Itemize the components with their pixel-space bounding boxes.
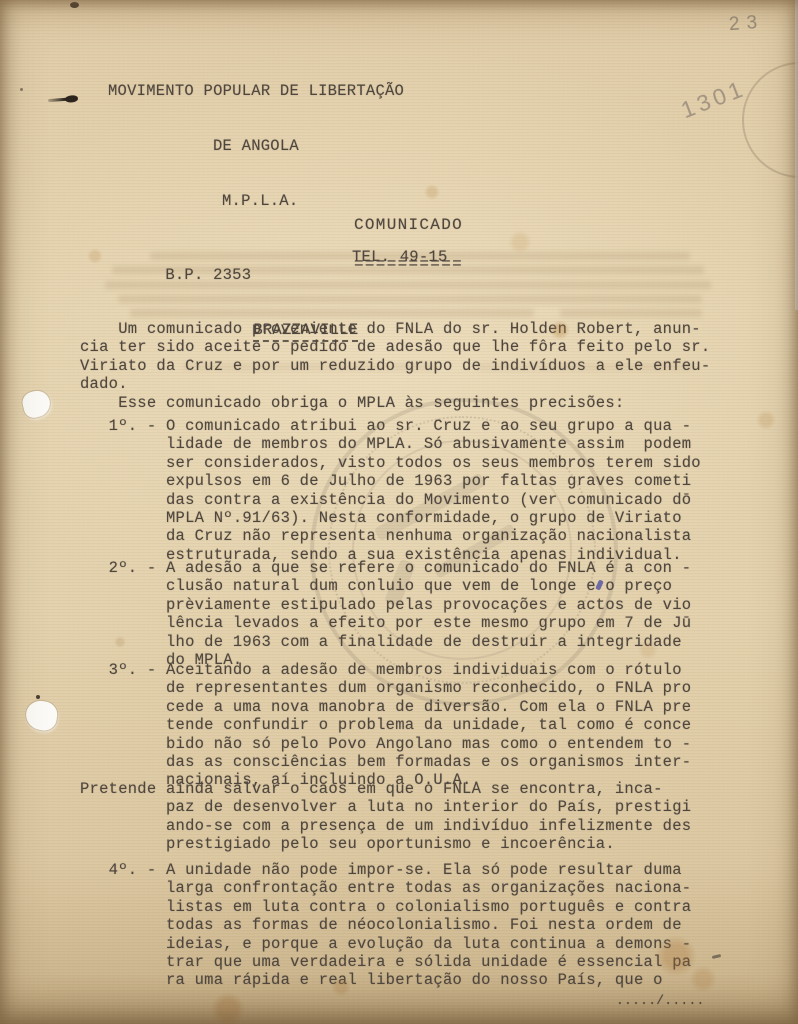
po-box: B.P. 2353: [165, 266, 251, 284]
paragraph-pretende: Pretende ainda salvar o caos em que o FN…: [80, 780, 785, 854]
ink-speck: [70, 2, 79, 8]
paragraph-intro: Um comunicado proveniente do FNLA do sr.…: [80, 320, 785, 412]
city-line: BRAZZAVILLE: [108, 303, 404, 322]
continuation-mark: ...../.....: [616, 992, 705, 1010]
document-title: COMUNICADO: [354, 219, 463, 232]
list-item-3: 3º. - Aceitando a adesão de membros indi…: [80, 661, 785, 790]
ghost-bleed-line: [560, 309, 702, 317]
pencil-archive-number: 1301: [677, 75, 749, 124]
org-name-line1: MOVIMENTO POPULAR DE LIBERTAÇÃO: [108, 82, 404, 101]
org-name-line2: DE ANGOLA: [108, 137, 404, 156]
document-title-block: COMUNICADO ==========: [354, 193, 463, 297]
ink-speck: [36, 695, 40, 699]
punch-hole-bottom: [24, 699, 59, 732]
title-underline: ==========: [354, 258, 463, 271]
ink-speck: [20, 88, 23, 91]
punch-hole-top: [20, 388, 52, 420]
ink-arrow-mark: [48, 95, 78, 104]
list-item-1: 1º. - O comunicado atribui ao sr. Cruz e…: [80, 417, 785, 564]
pencil-page-number: 23: [728, 12, 765, 36]
scanned-document-page: MOVIMENTO POPULAR DE LIBERTAÇÃO DE ANGOL…: [0, 0, 798, 1024]
list-item-4: 4º. - A unidade não pode impor-se. Ela s…: [80, 861, 785, 990]
edge-stamp-circle: [742, 62, 798, 178]
list-item-2: 2º. - A adesão a que se refere o comunic…: [80, 559, 785, 669]
